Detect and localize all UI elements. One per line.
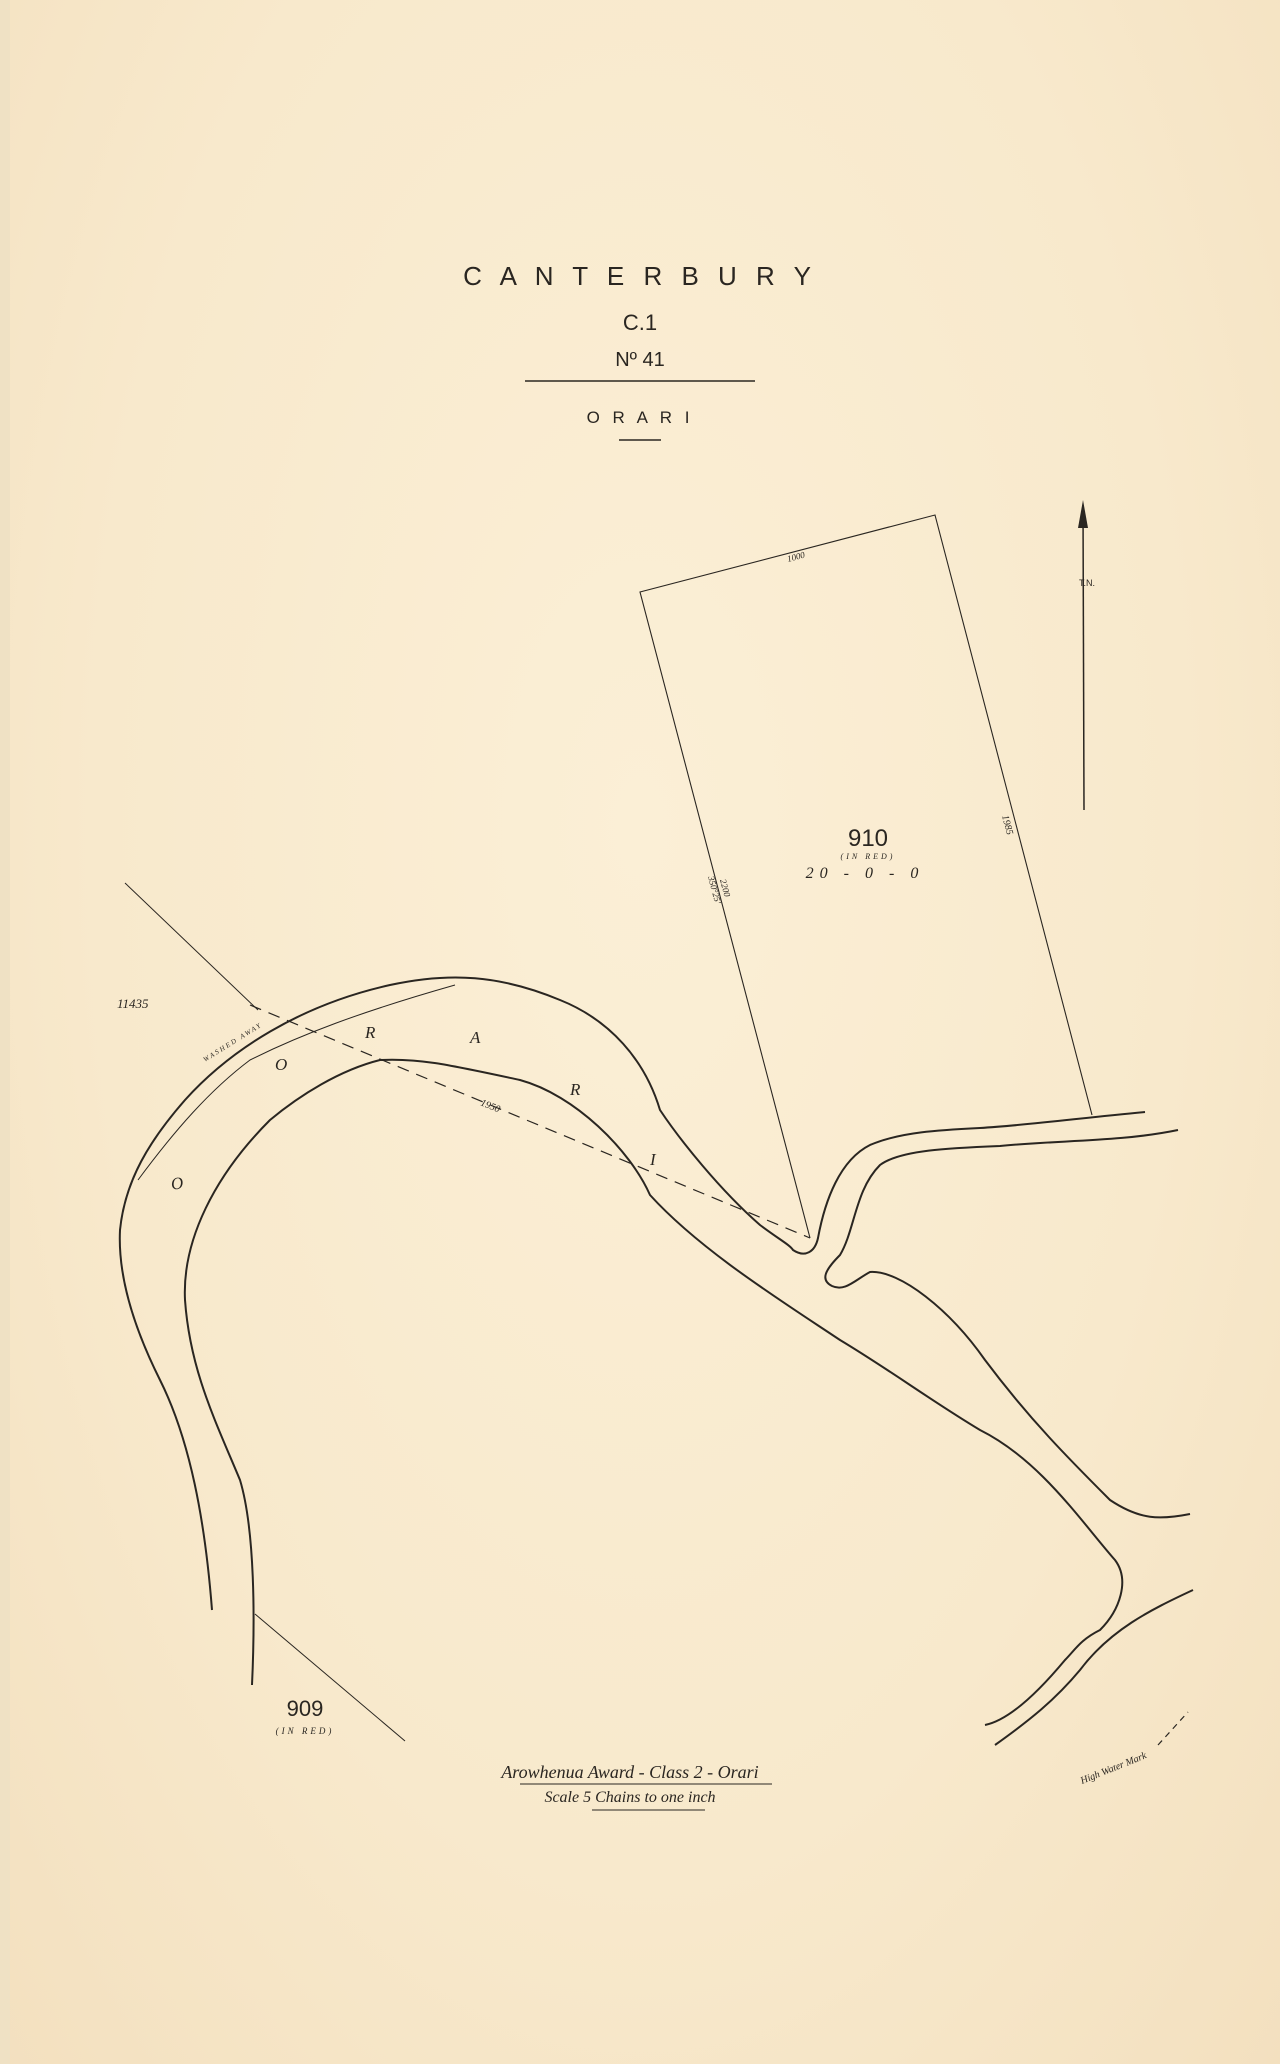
dim-left-bearing: 350°25' bbox=[706, 874, 723, 906]
high-water-label: High Water Mark bbox=[1078, 1750, 1149, 1787]
parcel-910[interactable]: 1000 2200 350°25' 1985 910 (IN RED) 20 -… bbox=[640, 515, 1092, 1238]
river-letter: O bbox=[169, 1173, 184, 1194]
north-arrow-icon: T.N. bbox=[1078, 500, 1095, 810]
sheet-number: Nº 41 bbox=[615, 349, 665, 371]
boundary-909 bbox=[255, 1614, 405, 1741]
parcel-number: 909 bbox=[287, 1696, 324, 1721]
parcel-note: (IN RED) bbox=[276, 1726, 335, 1736]
river-letter: R bbox=[569, 1080, 581, 1099]
map-title: C A N T E R B U R Y bbox=[463, 261, 817, 291]
parcel-area: 20 - 0 - 0 bbox=[806, 865, 925, 882]
boundary-11435 bbox=[125, 883, 258, 1010]
parcel-note: (IN RED) bbox=[841, 852, 896, 861]
parcel-11435[interactable]: 11435 bbox=[117, 996, 149, 1011]
survey-map: C A N T E R B U R Y C.1 Nº 41 O R A R I … bbox=[0, 0, 1280, 2064]
map-caption: Arowhenua Award - Class 2 - Orari Scale … bbox=[500, 1762, 772, 1810]
river-letter: I bbox=[649, 1150, 657, 1169]
caption-title: Arowhenua Award - Class 2 - Orari bbox=[500, 1762, 758, 1782]
district-name: O R A R I bbox=[587, 408, 694, 427]
title-block: C A N T E R B U R Y C.1 Nº 41 O R A R I bbox=[463, 261, 817, 440]
north-label: T.N. bbox=[1079, 578, 1095, 588]
sheet-code: C.1 bbox=[623, 310, 657, 335]
river-letter: R bbox=[364, 1023, 376, 1042]
caption-scale: Scale 5 Chains to one inch bbox=[544, 1789, 715, 1806]
high-water-legend: High Water Mark bbox=[1078, 1712, 1188, 1787]
dim-right: 1985 bbox=[999, 814, 1015, 836]
river-letter: A bbox=[469, 1028, 481, 1047]
traverse-length: 1950 bbox=[479, 1098, 502, 1116]
dim-top: 1000 bbox=[786, 549, 806, 563]
river-orari bbox=[120, 977, 1193, 1745]
river-letter: O bbox=[275, 1055, 287, 1074]
parcel-number: 910 bbox=[848, 825, 888, 852]
traverse-line: 1950 bbox=[250, 1005, 810, 1238]
parcel-909[interactable]: 909 (IN RED) bbox=[276, 1696, 335, 1736]
